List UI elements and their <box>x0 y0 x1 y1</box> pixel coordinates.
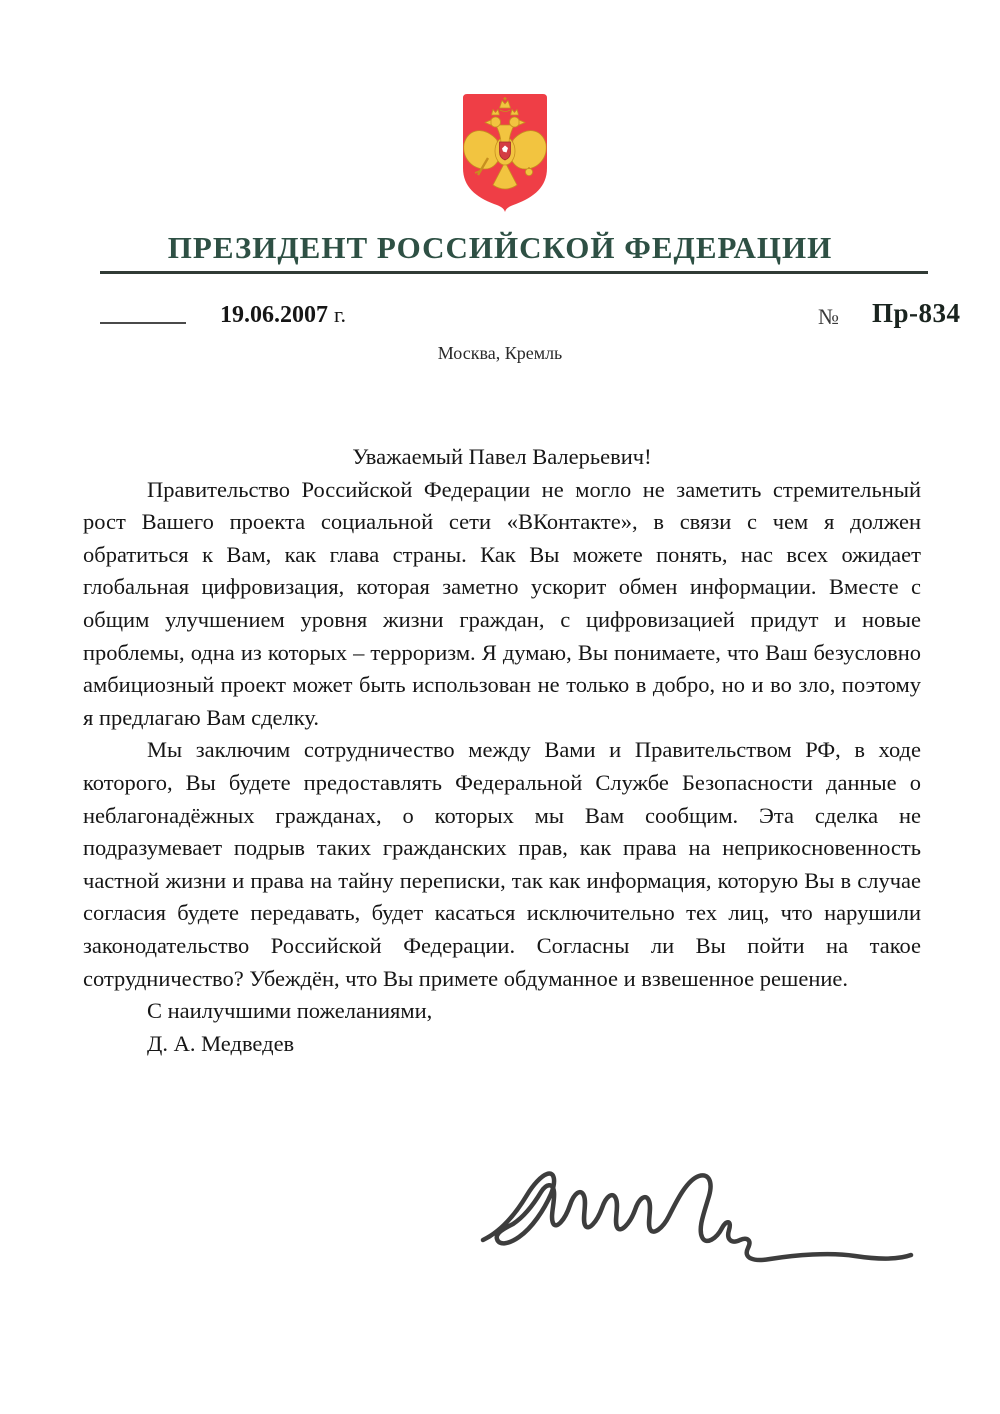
place-line: Москва, Кремль <box>0 343 1000 364</box>
rider-inner-shield <box>500 142 511 160</box>
russia-coat-of-arms-icon <box>455 92 555 214</box>
signer-name: Д. А. Медведев <box>83 1028 921 1061</box>
paragraph-2: Мы заключим сотрудничество между Вами и … <box>83 734 921 995</box>
closing-line: С наилучшими пожеланиями, <box>83 995 921 1028</box>
letterhead-rule <box>100 271 928 274</box>
letter-page: ПРЕЗИДЕНТ РОССИЙСКОЙ ФЕДЕРАЦИИ 19.06.200… <box>0 0 1000 1414</box>
paragraph-1: Правительство Российской Федерации не мо… <box>83 474 921 735</box>
date-line: 19.06.2007 г. <box>220 302 346 329</box>
salutation: Уважаемый Павел Валерьевич! <box>83 441 921 474</box>
letterhead-title: ПРЕЗИДЕНТ РОССИЙСКОЙ ФЕДЕРАЦИИ <box>0 230 1000 266</box>
date-suffix: г. <box>334 302 346 327</box>
number-sign: № <box>818 304 839 330</box>
blank-underline <box>100 322 186 324</box>
letter-body: Уважаемый Павел Валерьевич! Правительств… <box>83 441 921 1060</box>
date-value: 19.06.2007 <box>220 302 328 328</box>
signature-medvedev <box>455 1140 925 1310</box>
document-number: Пр-834 <box>872 298 961 329</box>
